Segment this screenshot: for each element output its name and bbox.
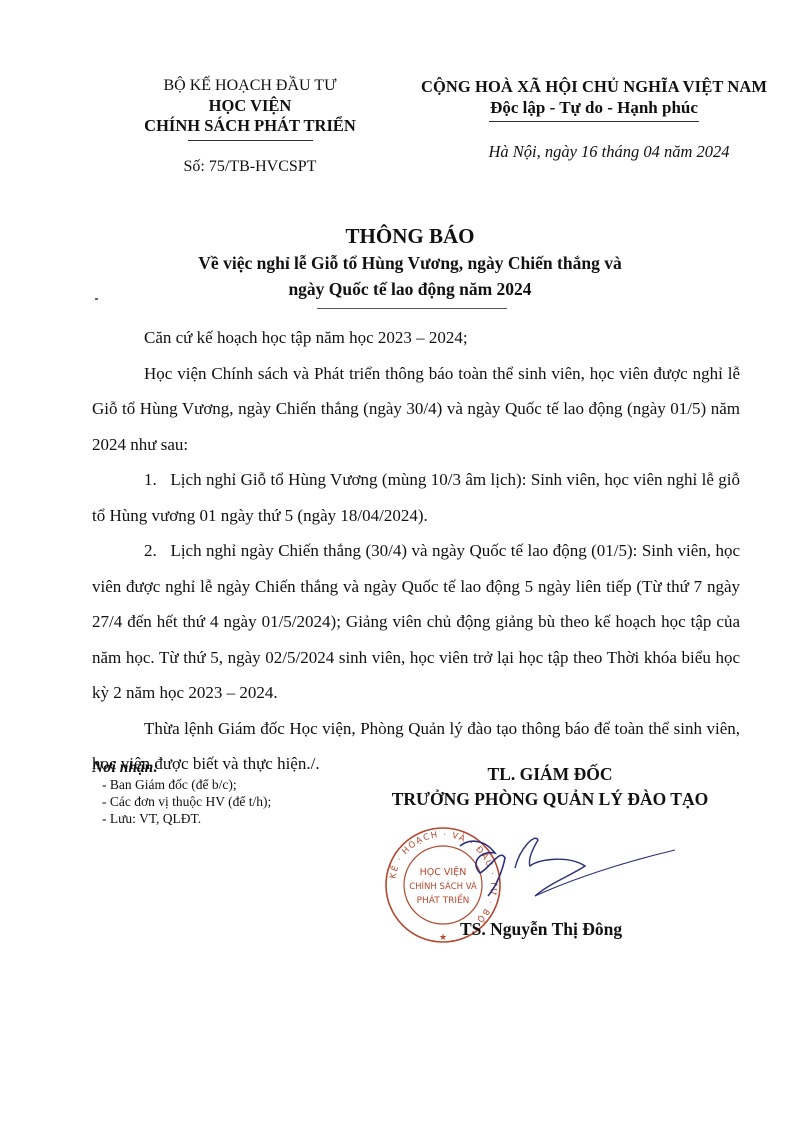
list-item-number: 2. [144, 533, 166, 569]
paragraph-announcement: Học viện Chính sách và Phát triển thông … [92, 356, 740, 463]
recipient-line: - Các đơn vị thuộc HV (để t/h); [100, 793, 380, 810]
institution-name-line2: CHÍNH SÁCH PHÁT TRIỂN [100, 116, 400, 136]
institution-name-line1: HỌC VIỆN [100, 96, 400, 116]
list-item-number: 1. [144, 462, 166, 498]
document-subtitle-line1: Về việc nghỉ lễ Giỗ tổ Hùng Vương, ngày … [0, 250, 800, 276]
scan-mark [95, 298, 98, 300]
national-motto: Độc lập - Tự do - Hạnh phúc [398, 97, 790, 118]
recipient-line: - Ban Giám đốc (để b/c); [100, 776, 380, 793]
header-left-divider [188, 140, 313, 141]
document-title: THÔNG BÁO [0, 222, 800, 250]
recipient-line: - Lưu: VT, QLĐT. [100, 810, 380, 827]
signature-block: TL. GIÁM ĐỐC TRƯỞNG PHÒNG QUẢN LÝ ĐÀO TẠ… [370, 762, 730, 812]
national-header: CỘNG HOÀ XÃ HỘI CHỦ NGHĨA VIỆT NAM Độc l… [398, 76, 790, 162]
document-body: Căn cứ kế hoạch học tập năm học 2023 – 2… [92, 320, 740, 782]
handwritten-signature-icon [440, 828, 680, 898]
issuing-authority-header: BỘ KẾ HOẠCH ĐẦU TƯ HỌC VIỆN CHÍNH SÁCH P… [100, 76, 400, 177]
ministry-name: BỘ KẾ HOẠCH ĐẦU TƯ [100, 76, 400, 96]
recipients-label: Nơi nhận: [92, 759, 380, 776]
signer-position: TRƯỞNG PHÒNG QUẢN LÝ ĐÀO TẠO [370, 787, 730, 812]
document-title-block: THÔNG BÁO Về việc nghỉ lễ Giỗ tổ Hùng Vư… [0, 222, 800, 309]
list-item-hung-kings: 1. Lịch nghỉ Giỗ tổ Hùng Vương (mùng 10/… [92, 462, 740, 533]
place-and-date: Hà Nội, ngày 16 tháng 04 năm 2024 [398, 141, 790, 162]
signing-authority: TL. GIÁM ĐỐC [370, 762, 730, 787]
header-right-divider [489, 121, 699, 122]
list-item-text: Lịch nghỉ ngày Chiến thắng (30/4) và ngà… [92, 541, 740, 702]
svg-text:★: ★ [439, 932, 447, 942]
document-subtitle-line2: ngày Quốc tế lao động năm 2024 [0, 276, 800, 302]
nation-title: CỘNG HOÀ XÃ HỘI CHỦ NGHĨA VIỆT NAM [398, 76, 790, 97]
list-item-victory-labour-day: 2. Lịch nghỉ ngày Chiến thắng (30/4) và … [92, 533, 740, 711]
recipients-block: Nơi nhận: - Ban Giám đốc (để b/c); - Các… [100, 759, 380, 827]
document-number: Số: 75/TB-HVCSPT [100, 157, 400, 177]
paragraph-basis: Căn cứ kế hoạch học tập năm học 2023 – 2… [92, 320, 740, 356]
list-item-text: Lịch nghỉ Giỗ tổ Hùng Vương (mùng 10/3 â… [92, 470, 740, 525]
title-divider [317, 308, 507, 309]
signer-name: TS. Nguyễn Thị Đông [460, 919, 622, 940]
